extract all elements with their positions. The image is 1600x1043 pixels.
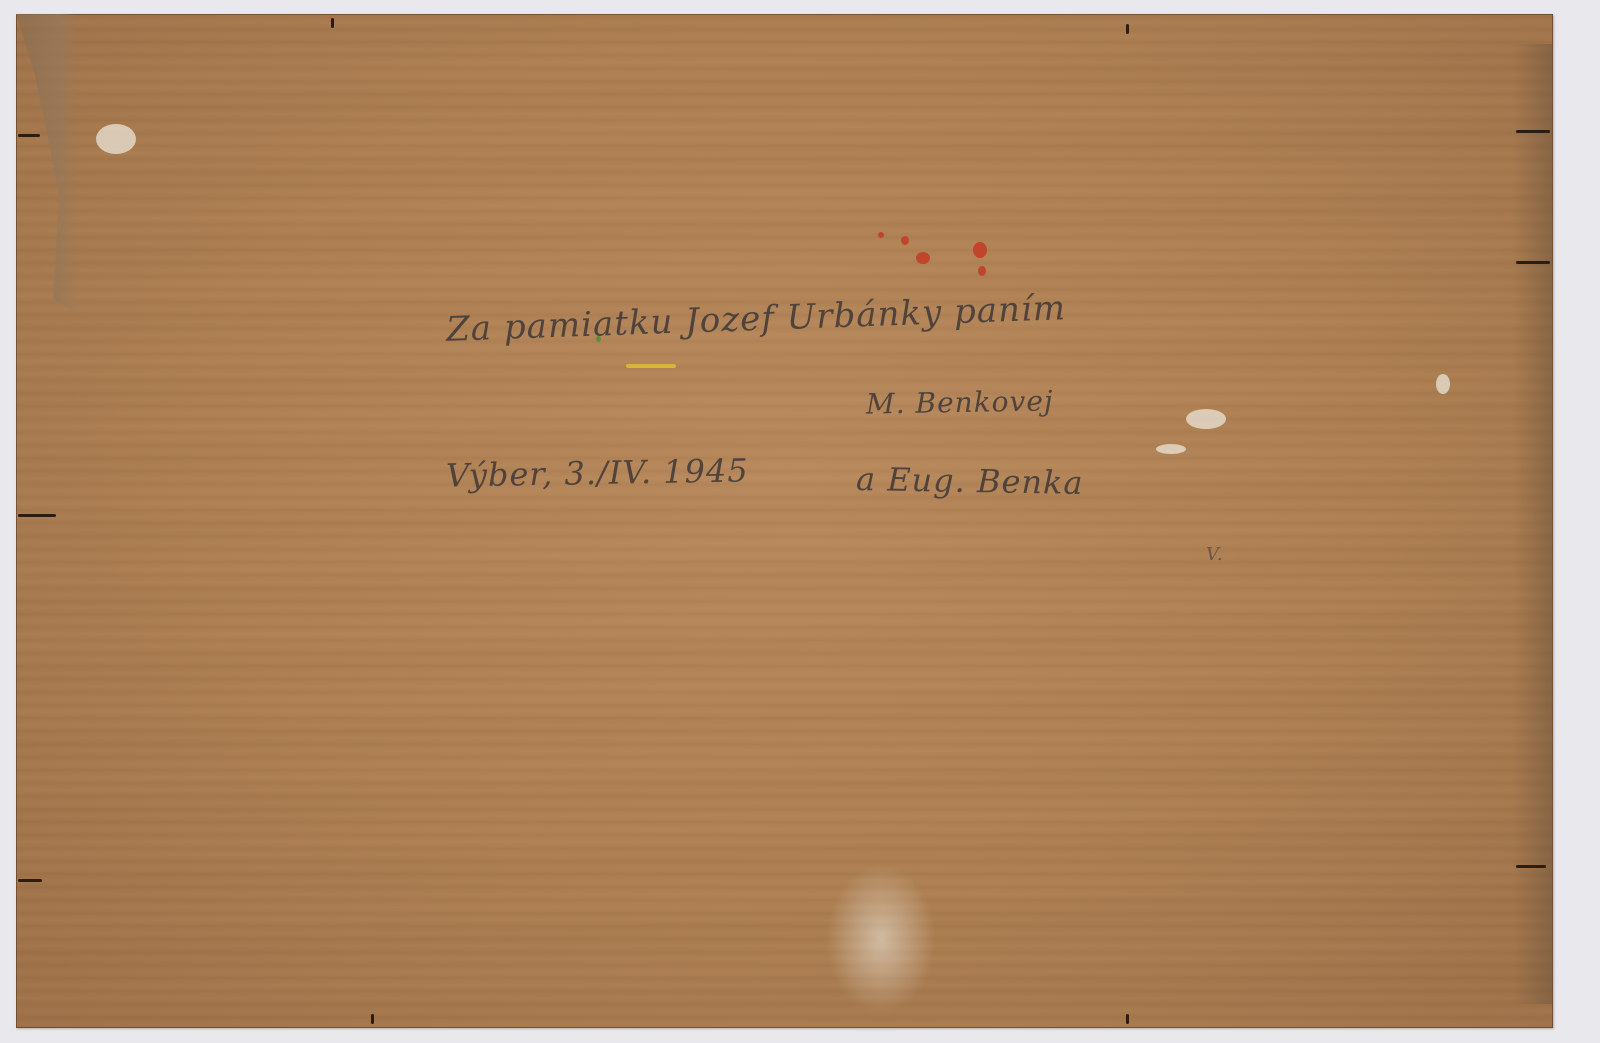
panel-left-edge-wear (16, 14, 78, 314)
red-paint-spot (978, 266, 986, 276)
red-paint-spot (973, 242, 987, 258)
red-paint-spot (901, 236, 909, 245)
nail-mark (1516, 261, 1550, 264)
yellow-paint-streak (626, 364, 676, 368)
inscription-line-2: M. Benkovej (866, 384, 1054, 420)
nail-mark (1516, 130, 1550, 133)
white-paint-spot (1156, 444, 1186, 454)
red-paint-spot (916, 252, 930, 264)
white-paint-spot (1436, 374, 1450, 394)
panel-right-edge-shadow (1513, 44, 1553, 1004)
nail-mark (18, 514, 56, 517)
nail-mark (1516, 865, 1546, 868)
white-paint-spot (96, 124, 136, 154)
nail-mark (1126, 24, 1129, 34)
inscription-signature: a Eug. Benka (856, 460, 1084, 502)
white-paint-spot (1186, 409, 1226, 429)
red-paint-spot (878, 232, 884, 238)
inscription-date: Výber, 3./IV. 1945 (446, 451, 749, 494)
nail-mark (1126, 1014, 1129, 1024)
nail-mark (18, 134, 40, 137)
nail-mark (371, 1014, 374, 1024)
inscription-mark: V. (1206, 544, 1224, 565)
nail-mark (331, 18, 334, 28)
white-smudge (826, 864, 936, 1014)
nail-mark (18, 879, 42, 882)
inscription-line-1: Za pamiatku Jozef Urbánky paním (445, 288, 1066, 350)
wooden-panel: Za pamiatku Jozef Urbánky paním M. Benko… (16, 14, 1553, 1028)
